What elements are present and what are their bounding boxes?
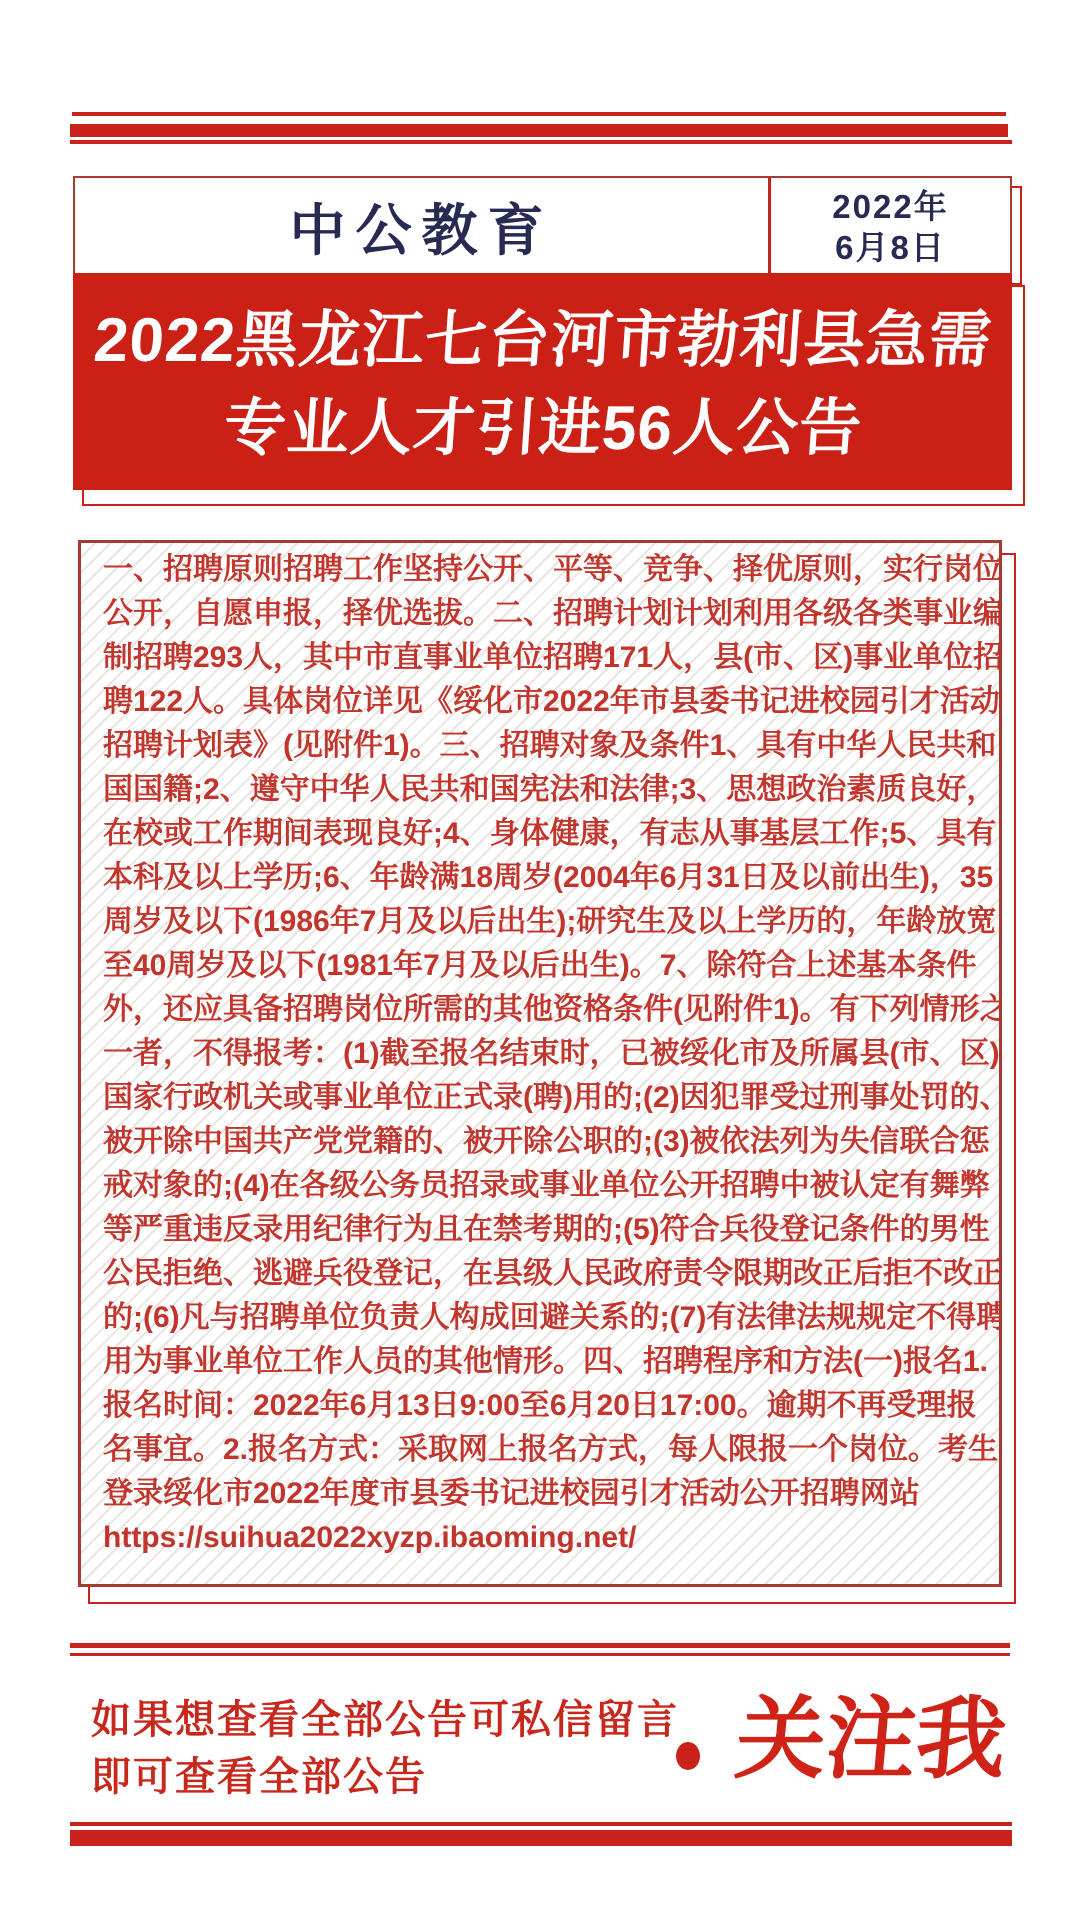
body-text-line: 公民拒绝、逃避兵役登记，在县级人民政府责令限期改正后拒不改正 xyxy=(103,1252,987,1296)
body-text-line: 报名时间：2022年6月13日9:00至6月20日17:00。逾期不再受理报 xyxy=(103,1384,987,1428)
announcement-body-box: 一、招聘原则招聘工作坚持公开、平等、竞争、择优原则，实行岗位 公开，自愿申报，择… xyxy=(78,540,1002,1587)
body-text-line: 公开，自愿申报，择优选拔。二、招聘计划计划利用各级各类事业编 xyxy=(103,592,987,636)
top-rule-thin-lower xyxy=(70,140,1012,144)
title-banner: 2022黑龙江七台河市勃利县急需 专业人才引进56人公告 xyxy=(73,273,1012,490)
body-text-line: 用为事业单位工作人员的其他情形。四、招聘程序和方法(一)报名1. xyxy=(103,1340,987,1384)
body-text-line: https://suihua2022xyzp.ibaoming.net/ xyxy=(103,1516,987,1560)
body-text-line: 一、招聘原则招聘工作坚持公开、平等、竞争、择优原则，实行岗位 xyxy=(103,548,987,592)
body-text-line: 外，还应具备招聘岗位所需的其他资格条件(见附件1)。有下列情形之 xyxy=(103,988,987,1032)
bottom-rule-thin xyxy=(70,1822,1012,1826)
body-text-line: 一者，不得报考：(1)截至报名结束时，已被绥化市及所属县(市、区) xyxy=(103,1032,987,1076)
brand-name: 中公教育 xyxy=(290,187,554,267)
body-text-line: 本科及以上学历;6、年龄满18周岁(2004年6月31日及以前出生)，35 xyxy=(103,856,987,900)
body-text-line: 招聘计划表》(见附件1)。三、招聘对象及条件1、具有中华人民共和 xyxy=(103,724,987,768)
body-text-line: 至40周岁及以下(1981年7月及以后出生)。7、除符合上述基本条件 xyxy=(103,944,987,988)
date-year: 2022年 xyxy=(832,186,948,227)
date-day: 6月8日 xyxy=(835,227,946,268)
body-text-line: 登录绥化市2022年度市县委书记进校园引才活动公开招聘网站 xyxy=(103,1472,987,1516)
body-text-line: 国国籍;2、遵守中华人民共和国宪法和法律;3、思想政治素质良好， xyxy=(103,768,987,812)
body-text-line: 在校或工作期间表现良好;4、身体健康，有志从事基层工作;5、具有 xyxy=(103,812,987,856)
body-text-line: 被开除中国共产党党籍的、被开除公职的;(3)被依法列为失信联合惩 xyxy=(103,1120,987,1164)
body-text-line: 国家行政机关或事业单位正式录(聘)用的;(2)因犯罪受过刑事处罚的、 xyxy=(103,1076,987,1120)
date-cell: 2022年 6月8日 xyxy=(771,178,1010,275)
header-box: 中公教育 2022年 6月8日 xyxy=(73,176,1012,277)
banner-title-line1: 2022黑龙江七台河市勃利县急需 xyxy=(90,297,994,385)
footer-note: 如果想查看全部公告可私信留言 即可查看全部公告 xyxy=(91,1692,679,1806)
top-rule-thin-upper xyxy=(72,112,1006,116)
top-rule-thick xyxy=(70,124,1008,137)
body-text-line: 制招聘293人，其中市直事业单位招聘171人，县(市、区)事业单位招 xyxy=(103,636,987,680)
body-text-line: 名事宜。2.报名方式：采取网上报名方式，每人限报一个岗位。考生 xyxy=(103,1428,987,1472)
announcement-text: 一、招聘原则招聘工作坚持公开、平等、竞争、择优原则，实行岗位 公开，自愿申报，择… xyxy=(103,548,987,1560)
body-text-line: 的;(6)凡与招聘单位负责人构成回避关系的;(7)有法律法规规定不得聘 xyxy=(103,1296,987,1340)
footer-rule-thick xyxy=(70,1643,1010,1648)
announcement-poster: 中公教育 2022年 6月8日 2022黑龙江七台河市勃利县急需 专业人才引进5… xyxy=(0,0,1080,1920)
follow-me-cta: 关注我 xyxy=(716,1690,1011,1790)
banner-title-line2: 专业人才引进56人公告 xyxy=(220,385,864,473)
brand-cell: 中公教育 xyxy=(75,178,768,275)
footer-note-line1: 如果想查看全部公告可私信留言 xyxy=(91,1692,679,1749)
bottom-rule-thick xyxy=(70,1830,1012,1846)
footer-note-line2: 即可查看全部公告 xyxy=(91,1749,679,1806)
body-text-line: 聘122人。具体岗位详见《绥化市2022年市县委书记进校园引才活动 xyxy=(103,680,987,724)
body-text-line: 等严重违反录用纪律行为且在禁考期的;(5)符合兵役登记条件的男性 xyxy=(103,1208,987,1252)
footer-rule-thin xyxy=(70,1653,1010,1656)
dot-separator-icon xyxy=(676,1742,700,1770)
body-text-line: 周岁及以下(1986年7月及以后出生);研究生及以上学历的，年龄放宽 xyxy=(103,900,987,944)
body-text-line: 戒对象的;(4)在各级公务员招录或事业单位公开招聘中被认定有舞弊 xyxy=(103,1164,987,1208)
